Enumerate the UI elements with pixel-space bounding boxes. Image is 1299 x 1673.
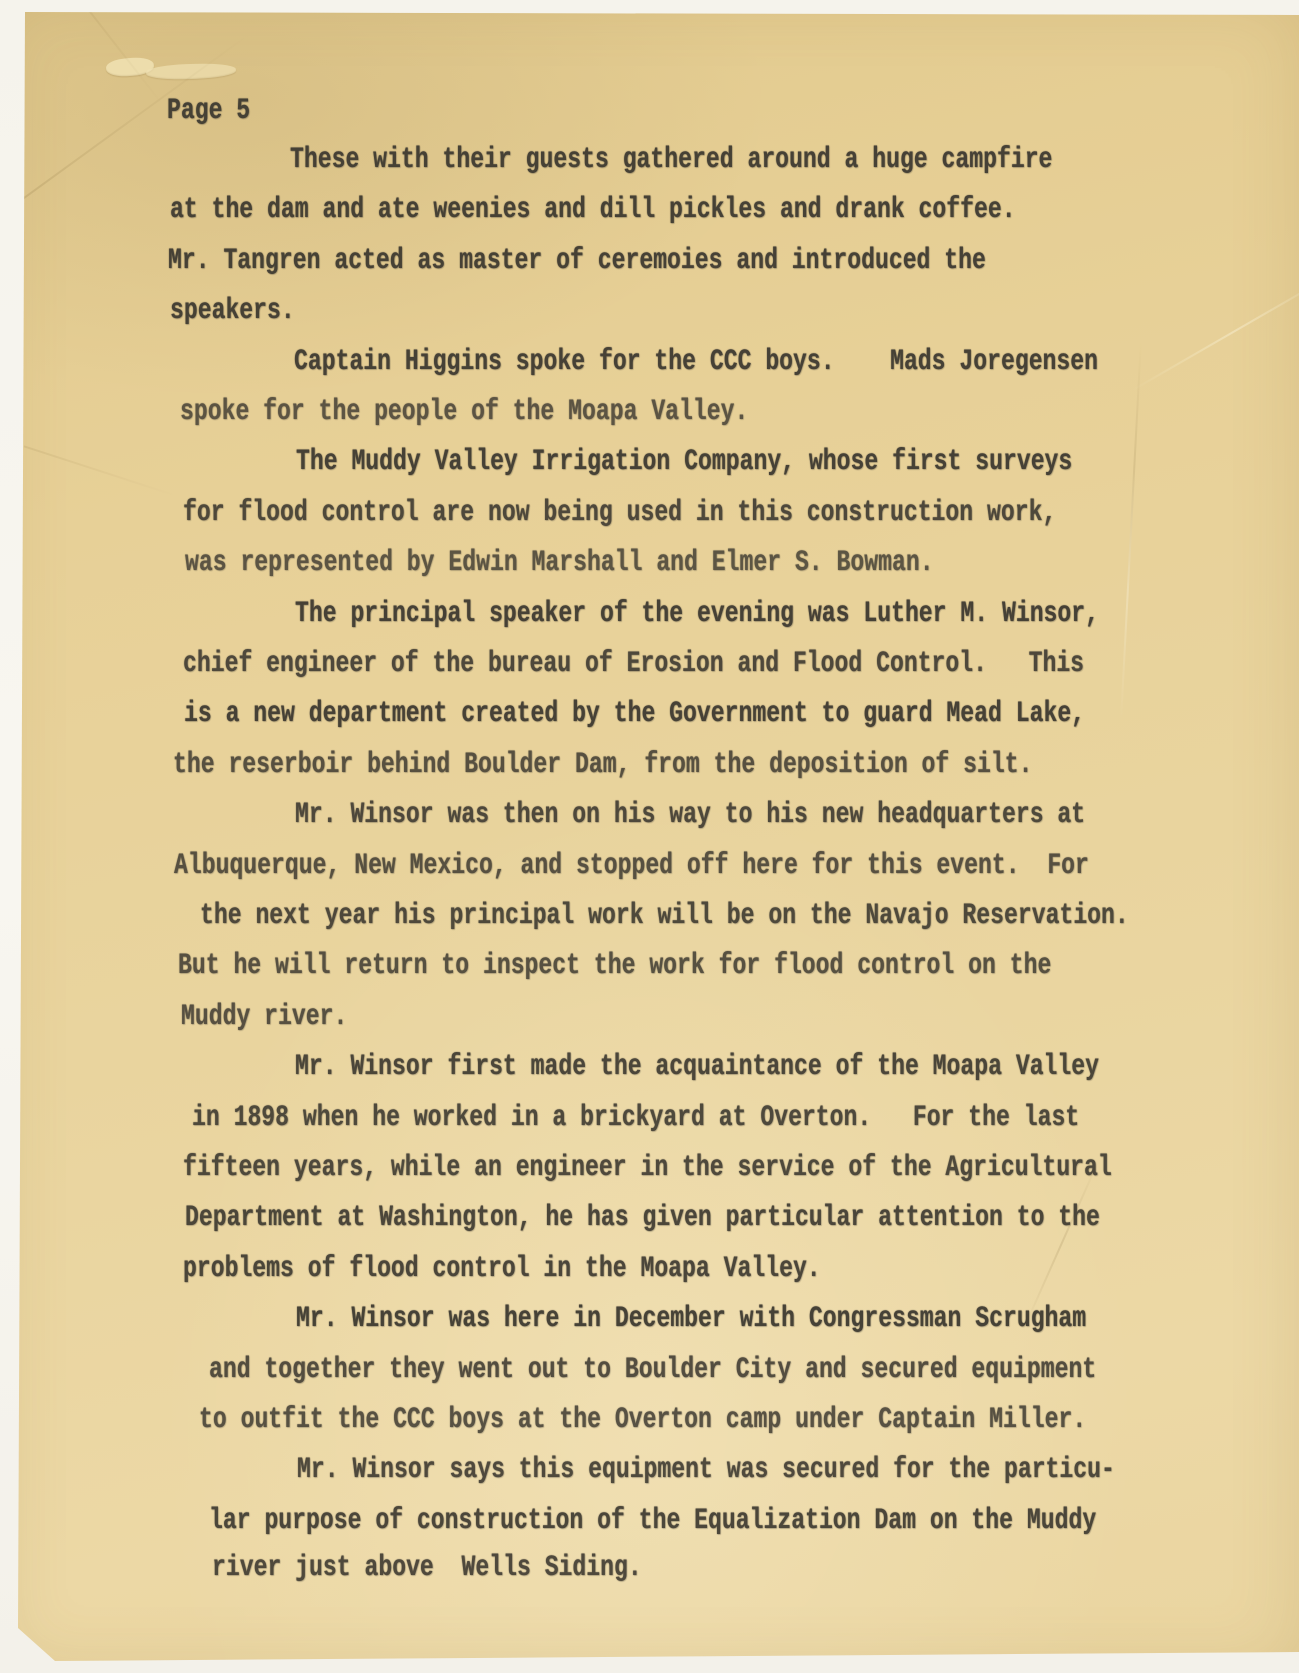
typed-line: river just above Wells Siding.	[212, 1553, 1299, 1583]
typed-line: at the dam and ate weenies and dill pick…	[170, 195, 1299, 225]
typed-line: was represented by Edwin Marshall and El…	[185, 548, 1299, 578]
typed-line: for flood control are now being used in …	[183, 498, 1299, 528]
typed-line: is a new department created by the Gover…	[184, 699, 1299, 729]
typed-line: speakers.	[170, 296, 1299, 326]
typed-line: to outfit the CCC boys at the Overton ca…	[199, 1405, 1299, 1435]
typed-line: But he will return to inspect the work f…	[178, 951, 1299, 981]
typed-line: the reserboir behind Boulder Dam, from t…	[173, 750, 1299, 780]
typed-line: Captain Higgins spoke for the CCC boys. …	[294, 347, 1299, 377]
page-number-label: Page 5	[167, 96, 1299, 126]
typed-line: Mr. Winsor first made the acquaintance o…	[295, 1052, 1299, 1082]
typed-line: The Muddy Valley Irrigation Company, who…	[296, 447, 1299, 477]
typed-line: lar purpose of construction of the Equal…	[209, 1506, 1299, 1536]
typed-line: Mr. Winsor says this equipment was secur…	[297, 1455, 1299, 1485]
typed-line: The principal speaker of the evening was…	[295, 599, 1299, 629]
typed-line: fifteen years, while an engineer in the …	[183, 1153, 1299, 1183]
typed-line: the next year his principal work will be…	[200, 901, 1299, 931]
typed-line: Albuquerque, New Mexico, and stopped off…	[174, 851, 1299, 881]
paper-sheet: Page 5These with their guests gathered a…	[0, 0, 1299, 1673]
typed-line: Muddy river.	[181, 1002, 1299, 1032]
typed-line: Department at Washington, he has given p…	[185, 1203, 1299, 1233]
typed-text-block: Page 5These with their guests gathered a…	[0, 0, 1299, 1673]
typed-line: spoke for the people of the Moapa Valley…	[180, 397, 1299, 427]
typed-line: problems of flood control in the Moapa V…	[183, 1254, 1299, 1284]
typed-line: Mr. Winsor was here in December with Con…	[296, 1304, 1299, 1334]
typed-line: chief engineer of the bureau of Erosion …	[183, 649, 1299, 679]
typed-line: These with their guests gathered around …	[290, 145, 1299, 175]
typed-line: Mr. Winsor was then on his way to his ne…	[295, 800, 1299, 830]
scanner-background: Page 5These with their guests gathered a…	[0, 0, 1299, 1673]
typed-line: Mr. Tangren acted as master of ceremoies…	[168, 246, 1299, 276]
typed-line: and together they went out to Boulder Ci…	[209, 1355, 1299, 1385]
typed-line: in 1898 when he worked in a brickyard at…	[192, 1103, 1299, 1133]
